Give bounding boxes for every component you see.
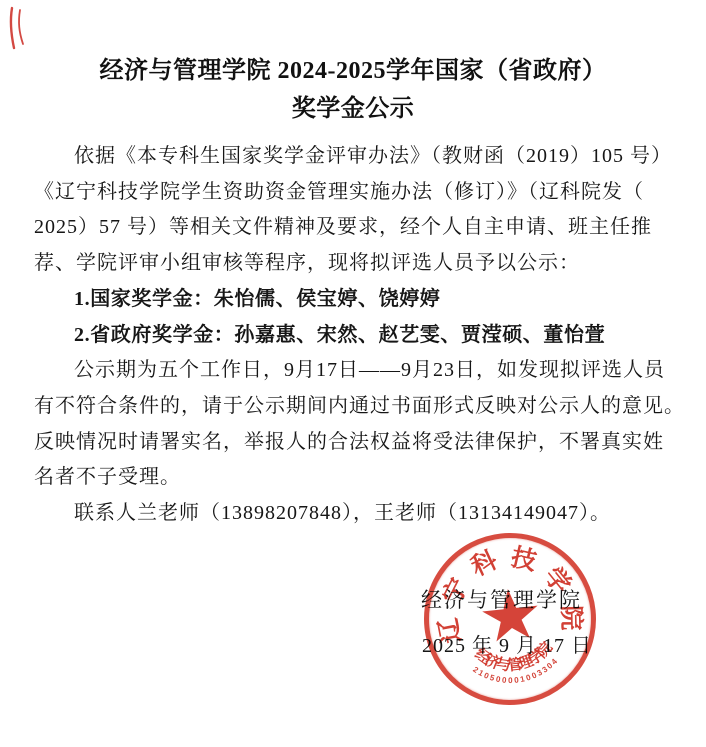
- contact-line: 联系人兰老师（13898207848），王老师（13134149047）。: [34, 496, 668, 532]
- document-page: 经济与管理学院 2024-2025学年国家（省政府） 奖学金公示 依据《本专科生…: [0, 0, 706, 747]
- para1-line1: 依据《本专科生国家奖学金评审办法》（教财函（2019）105 号）: [34, 139, 668, 175]
- doc-body: 依据《本专科生国家奖学金评审办法》（教财函（2019）105 号） 《辽宁科技学…: [34, 139, 668, 532]
- seal-glyph: 1: [518, 674, 527, 683]
- para1-line3: 2025）57 号）等相关文件精神及要求，经个人自主申请、班主任推: [34, 210, 668, 246]
- provincial-scholarship-list: 2.省政府奖学金：孙嘉惠、宋然、赵艺雯、贾滢硕、董怡萱: [34, 318, 668, 354]
- seal-glyph: 2: [470, 664, 481, 675]
- seal-glyph: 3: [534, 667, 545, 678]
- seal-glyph: 5: [487, 672, 497, 682]
- seal-glyph: 0: [512, 675, 521, 684]
- seal-glyph: 技: [509, 542, 540, 573]
- seal-glyph: 0: [523, 672, 533, 682]
- seal-glyph: 0: [506, 676, 514, 684]
- seal-glyph: 0: [544, 660, 555, 671]
- seal-ring: [415, 524, 604, 713]
- para2-line1: 公示期为五个工作日，9月17日——9月23日，如发现拟评选人员: [34, 353, 668, 389]
- seal-glyph: 0: [481, 670, 491, 680]
- para1-line4: 荐、学院评审小组审核等程序，现将拟评选人员予以公示：: [34, 246, 668, 282]
- seal-glyph: 0: [529, 670, 540, 681]
- signature-department: 经济与管理学院: [421, 584, 582, 614]
- seal-glyph: 科: [466, 545, 501, 580]
- doc-title-line1: 经济与管理学院 2024-2025学年国家（省政府）: [0, 50, 706, 85]
- para2-line4: 名者不子受理。: [34, 460, 668, 496]
- doc-title-line2: 奖学金公示: [0, 88, 706, 123]
- signature-date: 2025 年 9 月 17 日: [422, 629, 592, 658]
- red-pen-mark-icon: [6, 6, 28, 52]
- para2-line2: 有不符合条件的，请于公示期间内通过书面形式反映对公示人的意见。: [34, 389, 668, 425]
- seal-glyph: 1: [476, 667, 487, 678]
- seal-glyph: 0: [494, 674, 503, 683]
- national-scholarship-list: 1.国家奖学金：朱怡儒、侯宝婷、饶婷婷: [34, 282, 668, 318]
- para2-line3: 反映情况时请署实名，举报人的合法权益将受法律保护，不署真实姓: [34, 425, 668, 461]
- seal-glyph: 0: [500, 675, 509, 684]
- para1-line2: 《辽宁科技学院学生资助资金管理实施办法（修订）》（辽科院发（: [34, 175, 668, 211]
- official-seal-stamp: 辽宁科技学院 经济与管理学院 210500001003304: [415, 524, 604, 713]
- seal-glyph: 3: [539, 664, 550, 675]
